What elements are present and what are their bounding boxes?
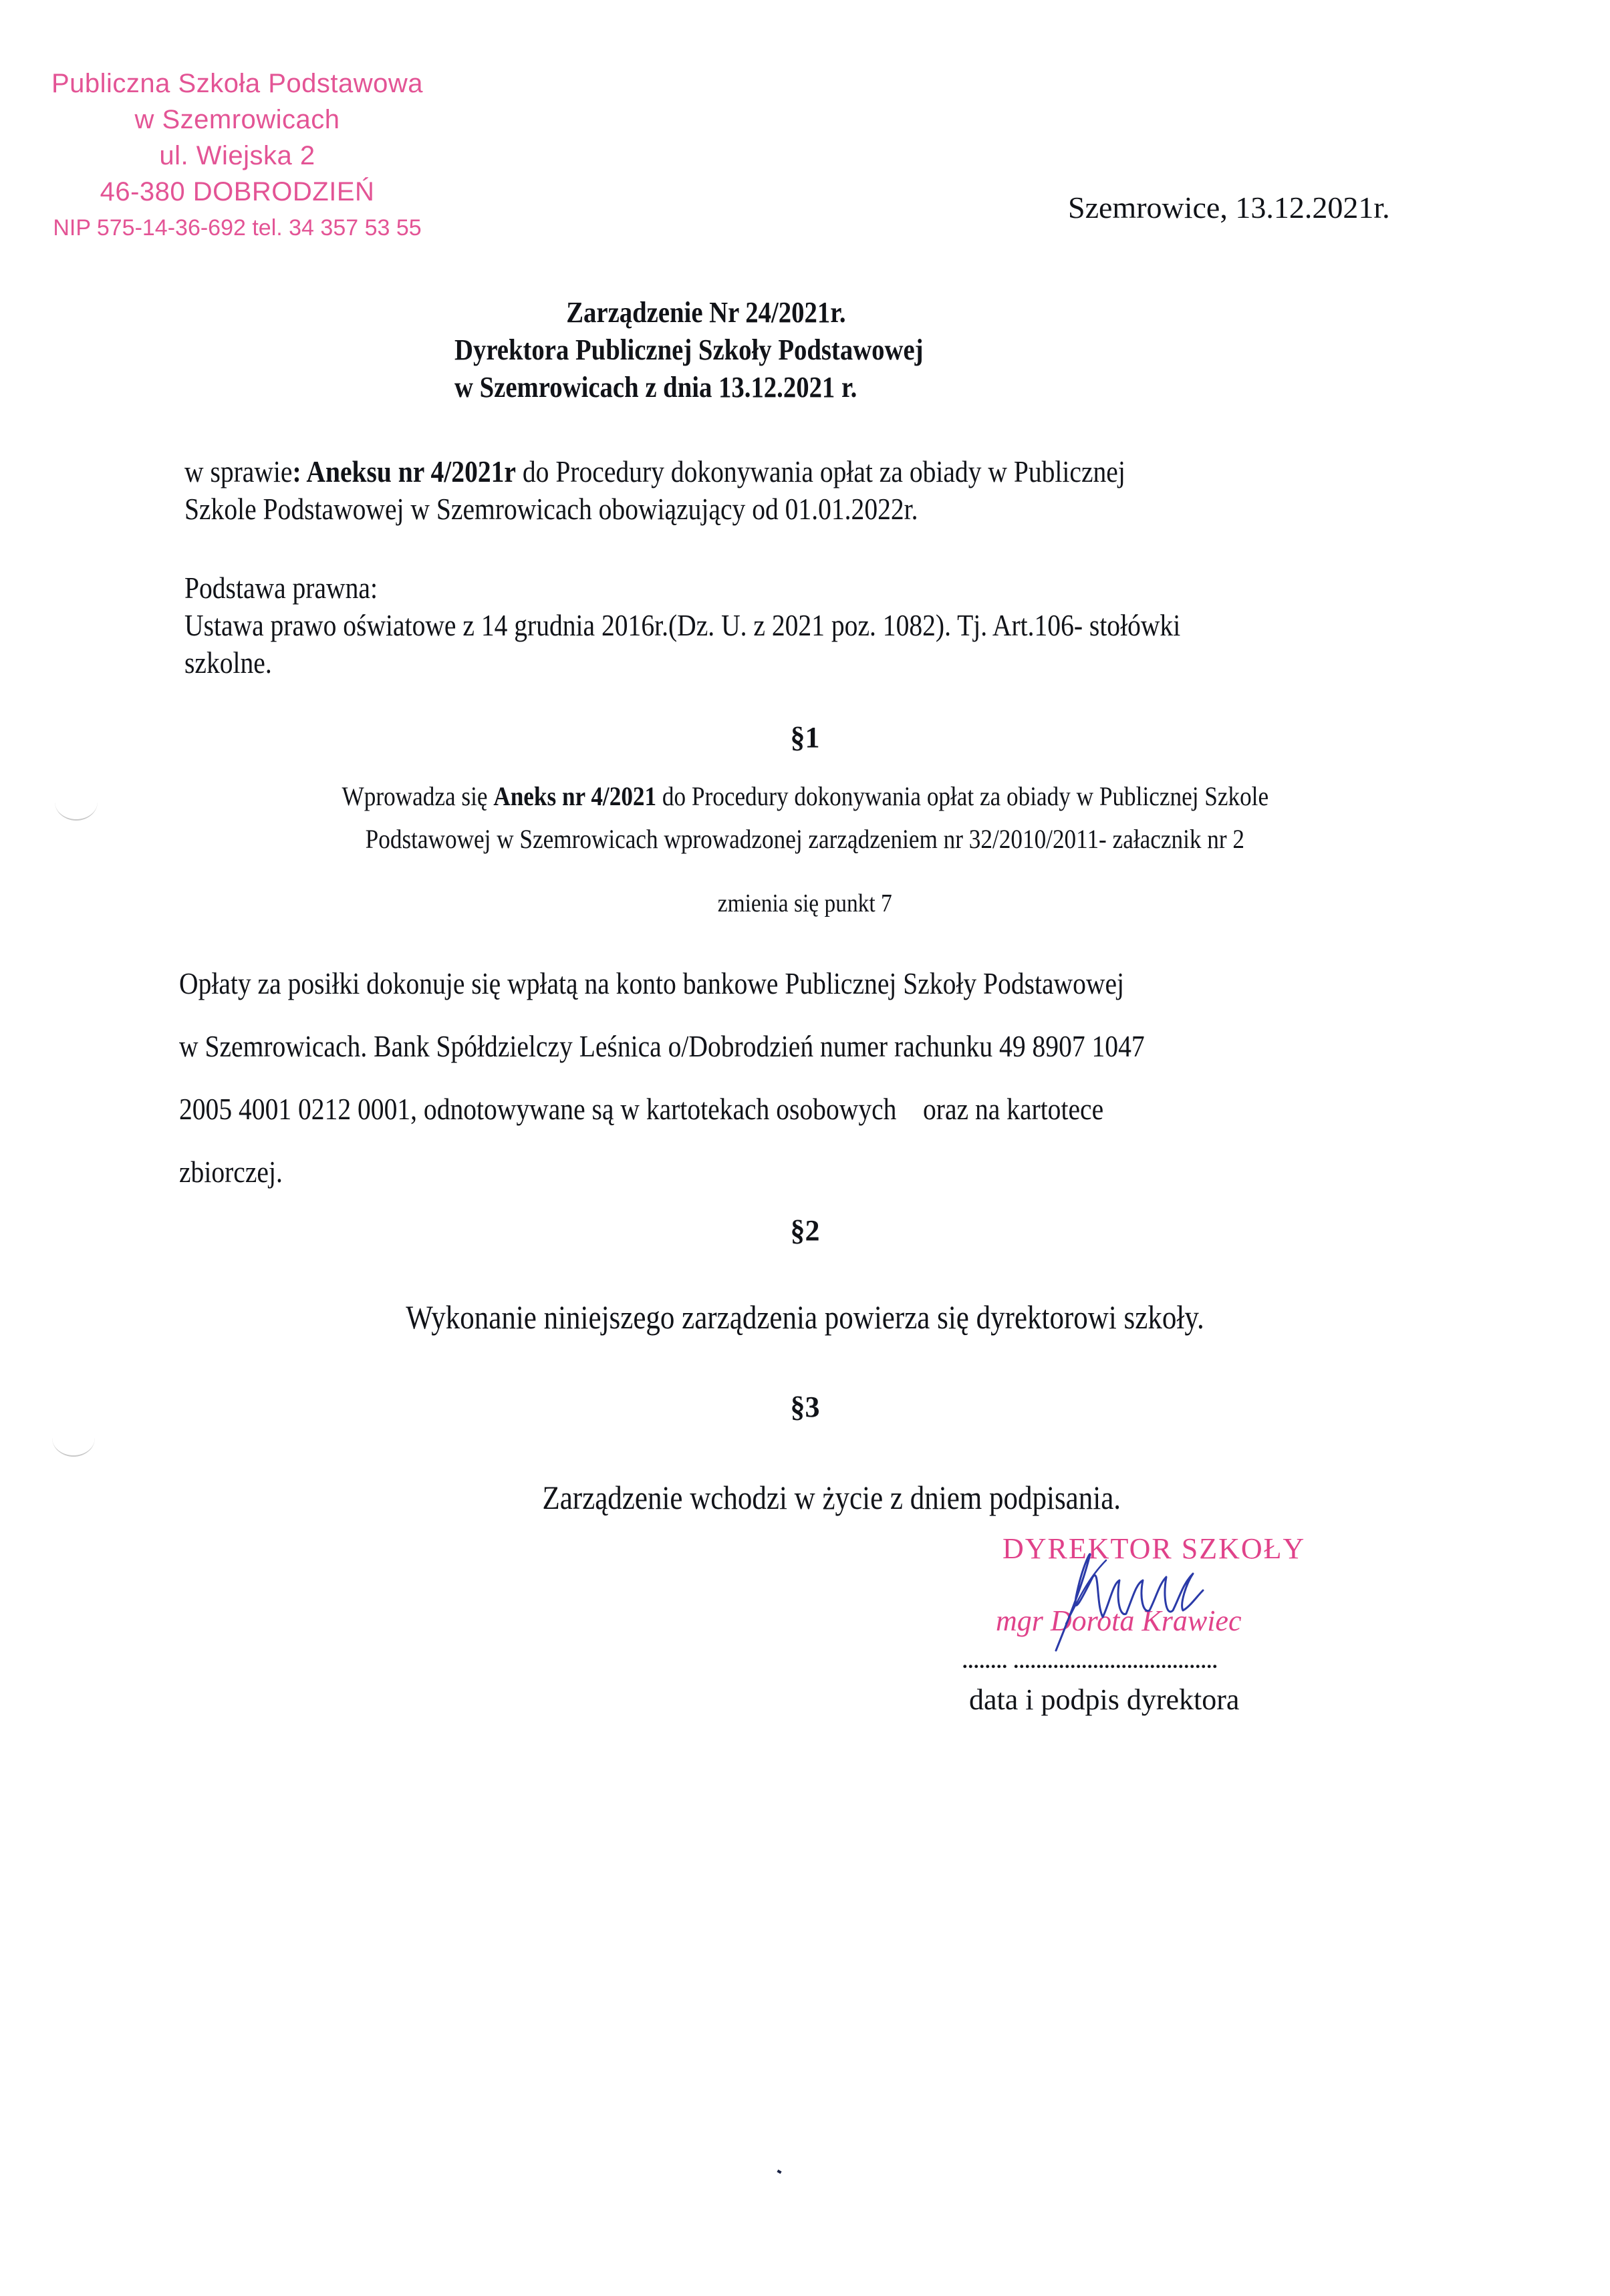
- subject-line-2: Szkole Podstawowej w Szemrowicach obowią…: [184, 490, 1420, 528]
- title-line-issuer: Dyrektora Publicznej Szkoły Podstawowej: [454, 331, 1101, 369]
- s1-line-2: Podstawowej w Szemrowicach wprowadzonej …: [366, 818, 1244, 861]
- school-stamp: Publiczna Szkoła Podstawowa w Szemrowica…: [40, 65, 434, 246]
- section-1-change: zmienia się punkt 7: [0, 889, 1610, 918]
- signature-line: ........ ...............................…: [962, 1651, 1218, 1673]
- title-line-date: w Szemrowicach z dnia 13.12.2021 r.: [454, 369, 1101, 406]
- subject-colon: :: [292, 454, 306, 488]
- stamp-line-street: ul. Wiejska 2: [40, 138, 434, 174]
- s1-annex: Aneks nr 4/2021: [493, 781, 656, 811]
- stamp-line-school: Publiczna Szkoła Podstawowa: [40, 65, 434, 102]
- subject-paragraph: w sprawie: Aneksu nr 4/2021r do Procedur…: [184, 453, 1420, 528]
- stamp-line-location: w Szemrowicach: [40, 102, 434, 138]
- s2-text: Wykonanie niniejszego zarządzenia powier…: [406, 1298, 1204, 1336]
- legal-basis: Podstawa prawna: Ustawa prawo oświatowe …: [184, 569, 1420, 682]
- payment-line-4: zbiorczej.: [179, 1141, 1426, 1203]
- subject-annex: Aneksu nr 4/2021r: [306, 454, 516, 488]
- payment-paragraph: Opłaty za posiłki dokonuje się wpłatą na…: [179, 952, 1426, 1203]
- payment-line-1: Opłaty za posiłki dokonuje się wpłatą na…: [179, 952, 1426, 1015]
- payment-line-3: 2005 4001 0212 0001, odnotowywane są w k…: [179, 1078, 1426, 1141]
- payment-line-2: w Szemrowicach. Bank Spółdzielczy Leśnic…: [179, 1015, 1426, 1078]
- change-text: zmienia się punkt 7: [718, 889, 892, 918]
- section-3-mark: §3: [0, 1390, 1610, 1424]
- section-2-mark: §2: [0, 1213, 1610, 1248]
- document-title: Zarządzenie Nr 24/2021r. Dyrektora Publi…: [454, 294, 1101, 406]
- section-1-mark: §1: [0, 720, 1610, 754]
- subject-rest: do Procedury dokonywania opłat za obiady…: [516, 454, 1125, 488]
- stamp-line-city: 46-380 DOBRODZIEŃ: [40, 174, 434, 210]
- stamp-line-nip-phone: NIP 575-14-36-692 tel. 34 357 53 55: [40, 210, 434, 246]
- title-line-number: Zarządzenie Nr 24/2021r.: [454, 294, 1101, 331]
- s3-text: Zarządzenie wchodzi w życie z dniem podp…: [543, 1478, 1121, 1517]
- legal-basis-line-2: szkolne.: [184, 644, 1420, 682]
- punch-hole-mark: [52, 1438, 95, 1457]
- s1-pre: Wprowadza się: [342, 781, 493, 811]
- subject-prefix: w sprawie: [184, 454, 292, 488]
- scan-speck: [777, 2170, 781, 2174]
- handwritten-signature-icon: [1043, 1544, 1210, 1657]
- legal-basis-line-1: Ustawa prawo oświatowe z 14 grudnia 2016…: [184, 607, 1420, 644]
- section-3-paragraph: Zarządzenie wchodzi w życie z dniem podp…: [0, 1478, 1610, 1517]
- s1-post: do Procedury dokonywania opłat za obiady…: [656, 781, 1268, 811]
- legal-basis-label: Podstawa prawna:: [184, 569, 1420, 607]
- signature-label: data i podpis dyrektora: [969, 1683, 1239, 1717]
- section-1-paragraph: Wprowadza się Aneks nr 4/2021 do Procedu…: [0, 775, 1610, 861]
- section-2-paragraph: Wykonanie niniejszego zarządzenia powier…: [0, 1298, 1610, 1336]
- place-date: Szemrowice, 13.12.2021r.: [1068, 190, 1390, 225]
